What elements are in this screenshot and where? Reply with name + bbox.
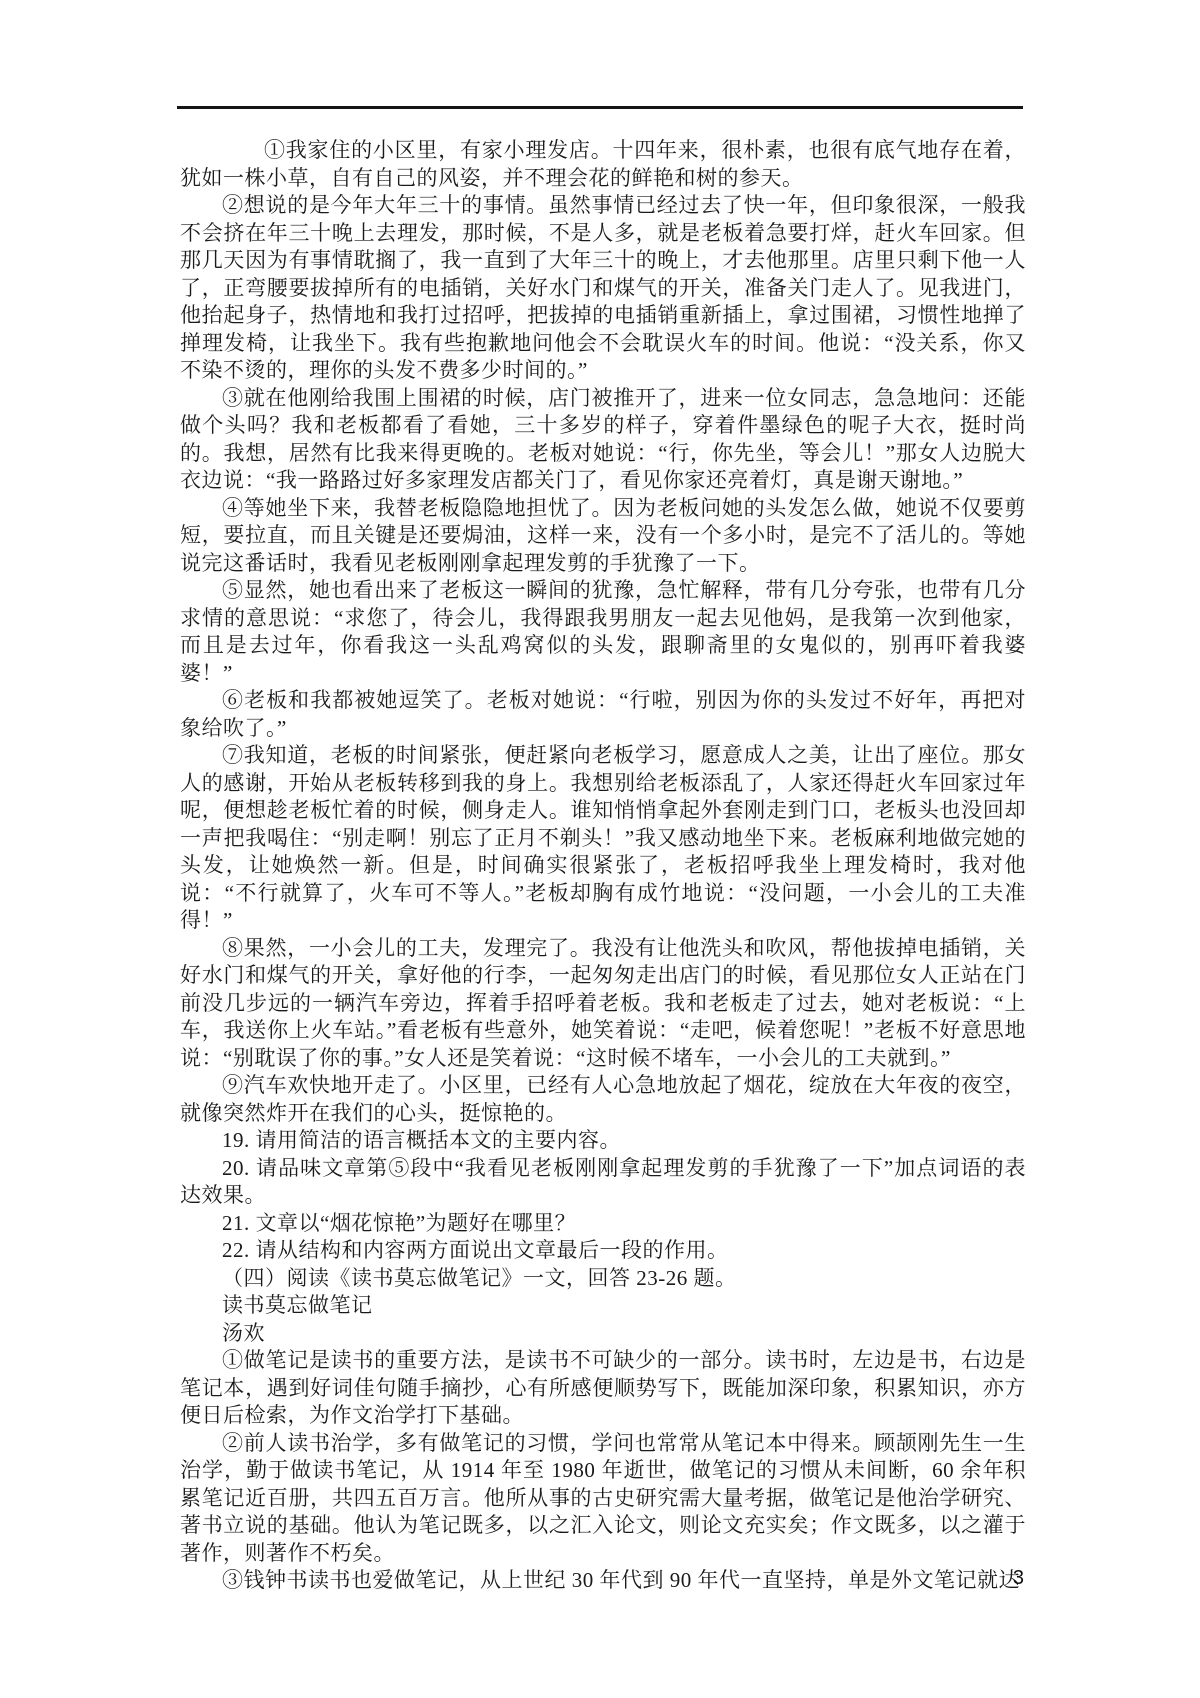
page-number: 3 — [958, 1565, 1024, 1591]
header-divider — [177, 106, 1023, 109]
passage1-paragraph-7: ⑦我知道，老板的时间紧张，便赶紧向老板学习，愿意成人之美，让出了座位。那女人的感… — [180, 742, 1026, 935]
question-22: 22. 请从结构和内容两方面说出文章最后一段的作用。 — [180, 1237, 1026, 1265]
passage1-paragraph-4: ④等她坐下来，我替老板隐隐地担忧了。因为老板问她的头发怎么做，她说不仅要剪短，要… — [180, 495, 1026, 578]
question-19: 19. 请用简洁的语言概括本文的主要内容。 — [180, 1127, 1026, 1155]
essay-title: 读书莫忘做笔记 — [180, 1292, 1026, 1320]
document-page: ①我家住的小区里，有家小理发店。十四年来，很朴素，也很有底气地存在着，犹如一株小… — [0, 0, 1200, 1698]
passage1-paragraph-1: ①我家住的小区里，有家小理发店。十四年来，很朴素，也很有底气地存在着，犹如一株小… — [180, 137, 1026, 192]
essay-paragraph-3: ③钱钟书读书也爱做笔记，从上世纪 30 年代到 90 年代一直坚持，单是外文笔记… — [180, 1567, 1026, 1595]
section-4-heading: （四）阅读《读书莫忘做笔记》一文，回答 23-26 题。 — [180, 1265, 1026, 1293]
passage1-paragraph-3: ③就在他刚给我围上围裙的时候，店门被推开了，进来一位女同志，急急地问：还能做个头… — [180, 385, 1026, 495]
passage1-paragraph-5: ⑤显然，她也看出来了老板这一瞬间的犹豫，急忙解释，带有几分夸张，也带有几分求情的… — [180, 577, 1026, 687]
essay-paragraph-2: ②前人读书治学，多有做笔记的习惯，学问也常常从笔记本中得来。顾颉刚先生一生治学，… — [180, 1430, 1026, 1568]
document-body: ①我家住的小区里，有家小理发店。十四年来，很朴素，也很有底气地存在着，犹如一株小… — [180, 137, 1026, 1595]
question-20: 20. 请品味文章第⑤段中“我看见老板刚刚拿起理发剪的手犹豫了一下”加点词语的表… — [180, 1155, 1026, 1210]
passage1-paragraph-9: ⑨汽车欢快地开走了。小区里，已经有人心急地放起了烟花，绽放在大年夜的夜空，就像突… — [180, 1072, 1026, 1127]
essay-author: 汤欢 — [180, 1320, 1026, 1348]
passage1-paragraph-2: ②想说的是今年大年三十的事情。虽然事情已经过去了快一年，但印象很深，一般我不会挤… — [180, 192, 1026, 385]
question-21: 21. 文章以“烟花惊艳”为题好在哪里？ — [180, 1210, 1026, 1238]
essay-paragraph-1: ①做笔记是读书的重要方法，是读书不可缺少的一部分。读书时，左边是书，右边是笔记本… — [180, 1347, 1026, 1430]
passage1-paragraph-6: ⑥老板和我都被她逗笑了。老板对她说：“行啦，别因为你的头发过不好年，再把对象给吹… — [180, 687, 1026, 742]
passage1-paragraph-8: ⑧果然，一小会儿的工夫，发理完了。我没有让他洗头和吹风，帮他拔掉电插销，关好水门… — [180, 935, 1026, 1073]
